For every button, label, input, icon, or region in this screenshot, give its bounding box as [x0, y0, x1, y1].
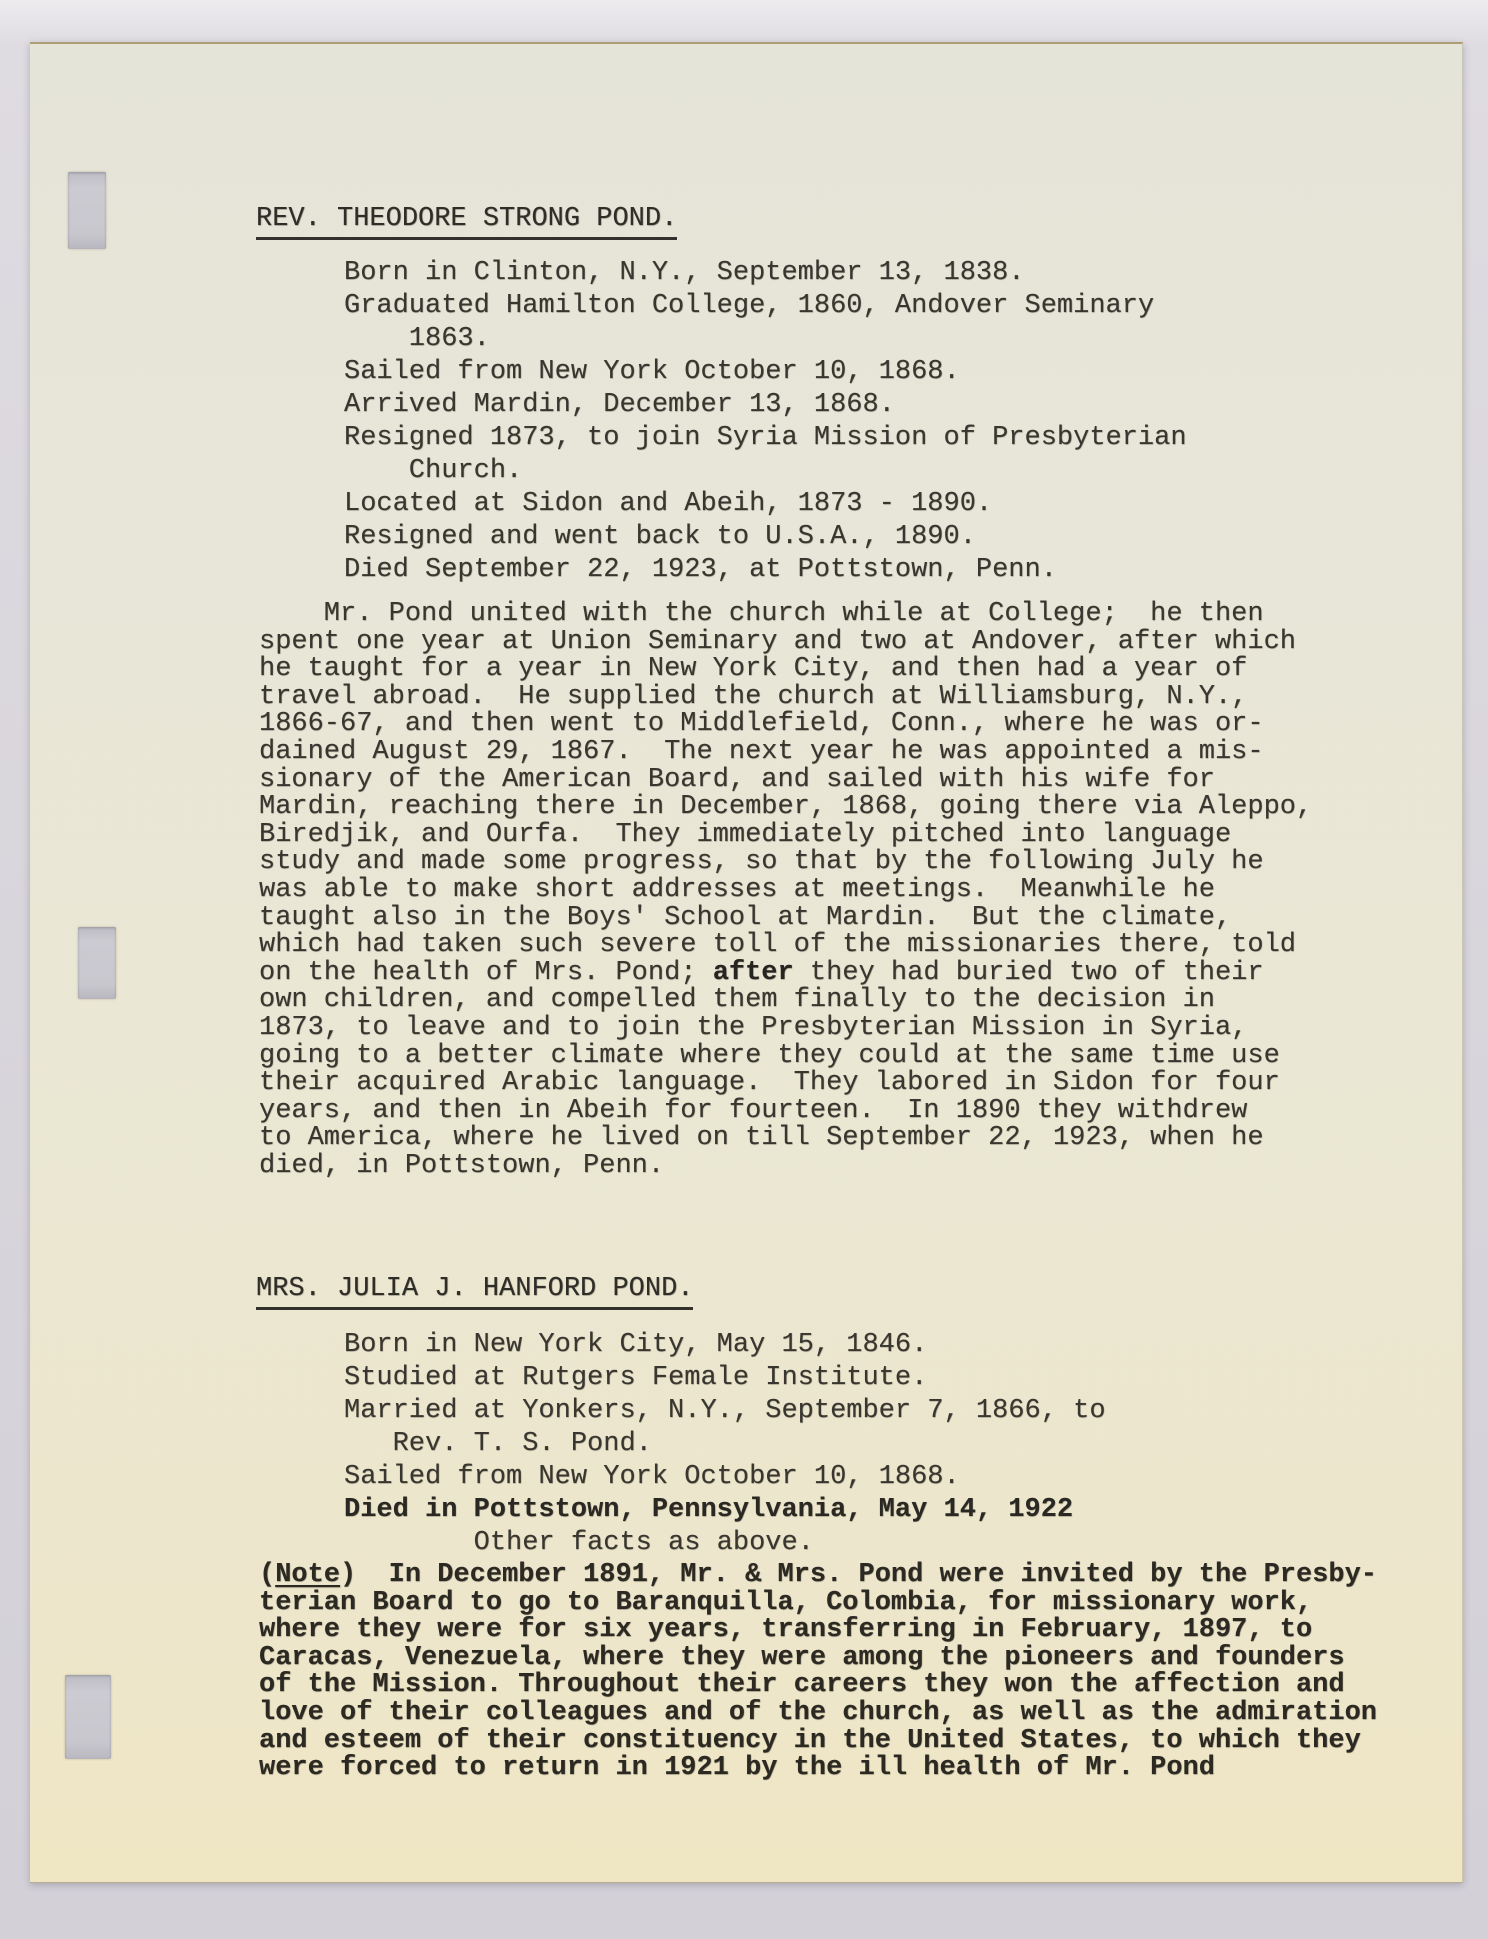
bio-line: Graduated Hamilton College, 1860, Andove…: [344, 290, 1187, 323]
paragraph-line: sionary of the American Board, and saile…: [259, 767, 1312, 795]
paragraph-line: Biredjik, and Ourfa. They immediately pi…: [259, 822, 1312, 850]
emphasis-pre: on the health of Mrs. Pond;: [259, 958, 713, 988]
section-heading-mrs-julia-hanford-pond: MRS. JULIA J. HANFORD POND.: [256, 1274, 693, 1310]
bio-line: 1863.: [344, 323, 1187, 356]
paragraph-line: 1873, to leave and to join the Presbyter…: [259, 1015, 1312, 1043]
bio-line: Died September 22, 1923, at Pottstown, P…: [344, 554, 1187, 587]
paragraph-line: years, and then in Abeih for fourteen. I…: [259, 1098, 1312, 1126]
paragraph-line: taught also in the Boys' School at Mardi…: [259, 905, 1312, 933]
note-label: Note: [275, 1560, 340, 1590]
bio-line: Resigned 1873, to join Syria Mission of …: [344, 422, 1187, 455]
binder-hole-top: [68, 172, 106, 249]
biography-paragraph: Mr. Pond united with the church while at…: [259, 601, 1312, 1180]
note-line: love of their colleagues and of the chur…: [259, 1700, 1377, 1728]
paragraph-line: 1866-67, and then went to Middlefield, C…: [259, 711, 1312, 739]
bio-line: Located at Sidon and Abeih, 1873 - 1890.: [344, 488, 1187, 521]
paragraph-line: was able to make short addresses at meet…: [259, 877, 1312, 905]
note-paragraph: (Note) In December 1891, Mr. & Mrs. Pond…: [259, 1562, 1377, 1783]
emphasis-post: they had buried two of their: [794, 958, 1264, 988]
document-page: REV. THEODORE STRONG POND. Born in Clint…: [30, 42, 1463, 1883]
note-line: terian Board to go to Baranquilla, Colom…: [259, 1590, 1377, 1618]
bio-line: Died in Pottstown, Pennsylvania, May 14,…: [344, 1494, 1106, 1527]
note-line: and esteem of their constituency in the …: [259, 1728, 1377, 1756]
bio-list-rev-pond: Born in Clinton, N.Y., September 13, 183…: [344, 257, 1187, 587]
bio-line: Resigned and went back to U.S.A., 1890.: [344, 521, 1187, 554]
bio-list-mrs-pond: Born in New York City, May 15, 1846. Stu…: [344, 1329, 1106, 1560]
binder-hole-middle: [78, 927, 116, 999]
note-line: were forced to return in 1921 by the ill…: [259, 1755, 1377, 1783]
paragraph-line: which had taken such severe toll of the …: [259, 932, 1312, 960]
binder-hole-bottom: [65, 1675, 111, 1759]
note-first-line-rest: ) In December 1891, Mr. & Mrs. Pond were…: [340, 1560, 1377, 1590]
bio-line: Church.: [344, 455, 1187, 488]
paragraph-line-with-emphasis: on the health of Mrs. Pond; after they h…: [259, 960, 1312, 988]
paragraph-line: died, in Pottstown, Penn.: [259, 1153, 1312, 1181]
bio-line: Arrived Mardin, December 13, 1868.: [344, 389, 1187, 422]
paragraph-line: he taught for a year in New York City, a…: [259, 656, 1312, 684]
paragraph-line: Mr. Pond united with the church while at…: [259, 601, 1312, 629]
section-heading-rev-theodore-strong-pond: REV. THEODORE STRONG POND.: [256, 204, 677, 240]
paragraph-line: study and made some progress, so that by…: [259, 849, 1312, 877]
paragraph-line: own children, and compelled them finally…: [259, 987, 1312, 1015]
bio-line: Studied at Rutgers Female Institute.: [344, 1362, 1106, 1395]
note-line: Caracas, Venezuela, where they were amon…: [259, 1645, 1377, 1673]
note-paren-open: (: [259, 1560, 275, 1590]
bio-line: Born in New York City, May 15, 1846.: [344, 1329, 1106, 1362]
paragraph-line: Mardin, reaching there in December, 1868…: [259, 794, 1312, 822]
scan-background: { "document": { "colors": { "paper": "#e…: [0, 0, 1488, 1939]
bio-line: Born in Clinton, N.Y., September 13, 183…: [344, 257, 1187, 290]
bio-line: Rev. T. S. Pond.: [344, 1428, 1106, 1461]
note-line: where they were for six years, transferr…: [259, 1617, 1377, 1645]
paragraph-line: going to a better climate where they cou…: [259, 1043, 1312, 1071]
note-first-line: (Note) In December 1891, Mr. & Mrs. Pond…: [259, 1562, 1377, 1590]
paragraph-line: dained August 29, 1867. The next year he…: [259, 739, 1312, 767]
paragraph-line: to America, where he lived on till Septe…: [259, 1125, 1312, 1153]
bio-line: Sailed from New York October 10, 1868.: [344, 1461, 1106, 1494]
bio-line: Other facts as above.: [344, 1527, 1106, 1560]
emphasis-word: after: [713, 958, 794, 988]
paragraph-line: their acquired Arabic language. They lab…: [259, 1070, 1312, 1098]
paragraph-line: travel abroad. He supplied the church at…: [259, 684, 1312, 712]
bio-line: Sailed from New York October 10, 1868.: [344, 356, 1187, 389]
bio-line: Married at Yonkers, N.Y., September 7, 1…: [344, 1395, 1106, 1428]
paragraph-line: spent one year at Union Seminary and two…: [259, 629, 1312, 657]
note-line: of the Mission. Throughout their careers…: [259, 1672, 1377, 1700]
